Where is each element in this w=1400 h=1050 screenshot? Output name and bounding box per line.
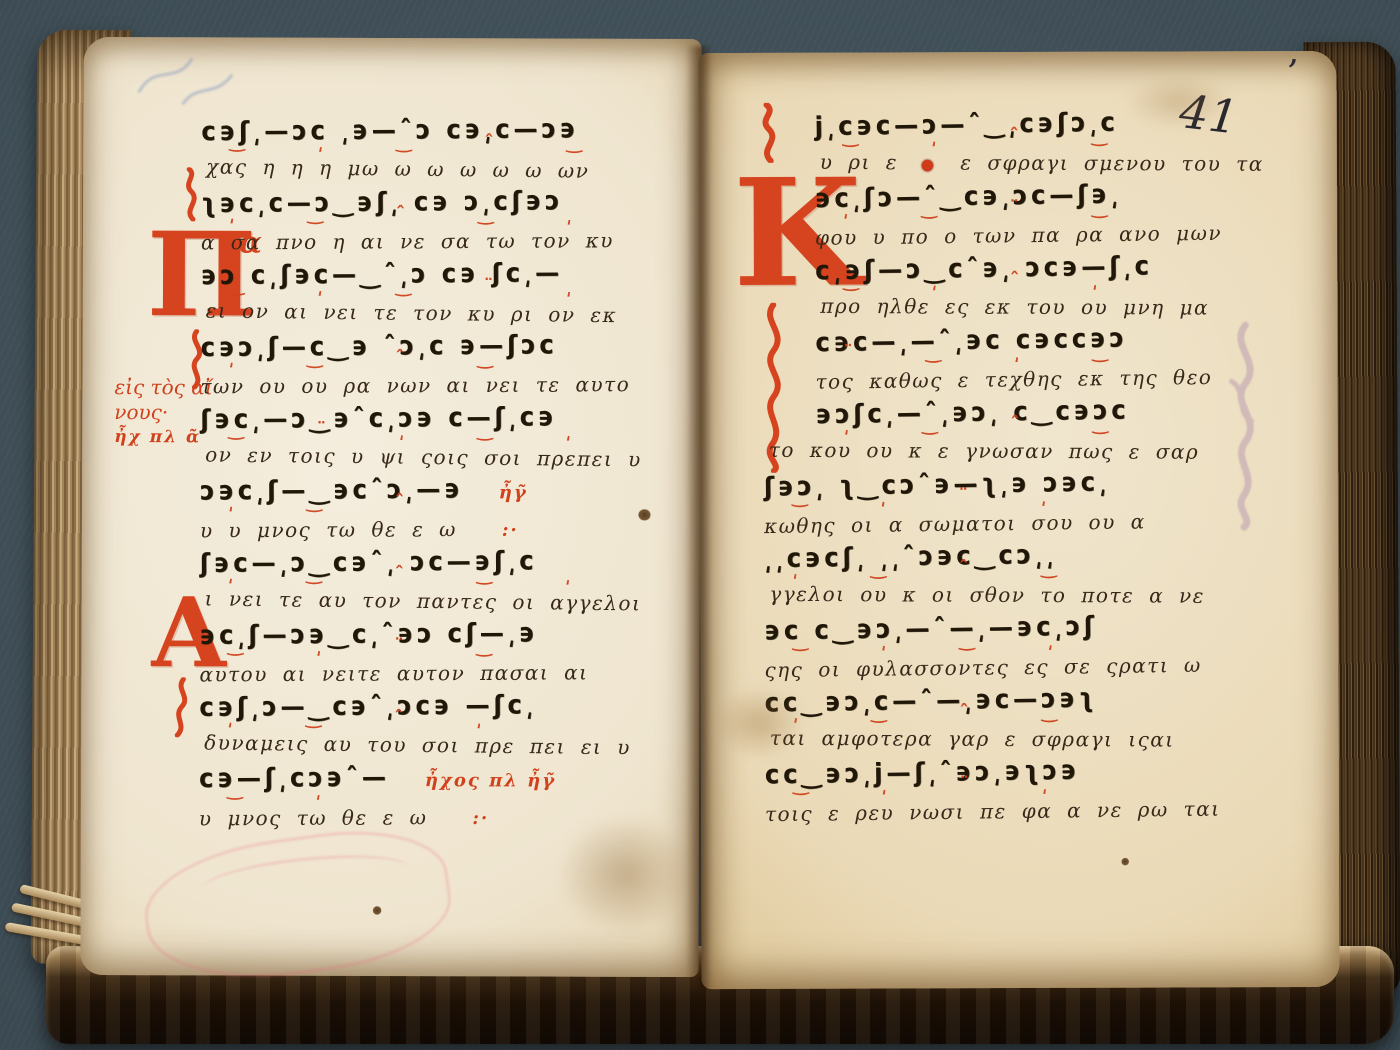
lyric-text: τοις ε ρευ νωσι πε φα α νε ρω ται xyxy=(765,797,1221,827)
chant-line: των ου ου ρα νων αι νει τε αυτο xyxy=(200,372,686,404)
chant-line: ϶ϲ ϲ‿϶ͻ͵—ˆ—͵—϶ϲ͵ͻʃ ‿ ͵ ‿ ͵ xyxy=(764,611,1284,656)
martyria-red: :· xyxy=(502,520,519,541)
lyric-text: ε σφραγι σμενου του τα xyxy=(960,151,1264,176)
chant-line: ι νει τε αυ τον παντες οι αγγελοι xyxy=(205,586,691,621)
chant-line: ϲ϶ϲ—͵—ˆ͵϶ϲ ϲ϶ϲϲ϶ͻ ¨ ‿ ͵ ‿ xyxy=(815,323,1283,368)
lyric-text: ι νει τε αυ τον παντες οι αγγελοι xyxy=(205,586,642,615)
martyria-red: :· xyxy=(472,808,489,829)
lyric-text: υ μνος τω θε ε ω xyxy=(199,805,428,830)
flourish-icon xyxy=(169,677,195,737)
neume-red-marks: ͵ ‿ ˆ ͵ xyxy=(227,706,515,729)
ink-stamp-ghost xyxy=(137,818,459,994)
lyric-text: το κου ου κ ε γνωσαν πως ε σαρ xyxy=(769,438,1199,464)
chant-line: ϶ͻʃϲ͵—ˆ͵϶ͻ͵ ϲ‿ϲ϶ͻϲ ͵ ‿ ˆ ‿ xyxy=(816,395,1284,440)
lyric-text: υ ρι ε xyxy=(820,150,898,174)
chant-line: ον εν τοις υ ψι ςοις σοι πρεπει υ xyxy=(205,442,691,477)
lyric-text: κωθης οι α σωματοι σου ου α xyxy=(764,509,1146,538)
gutter-shadow xyxy=(686,46,712,990)
chant-line: ϶ͻ ϲ͵ʃ϶ϲ—‿ˆ͵ͻ ϲ϶ ʃϲ͵— ‿ ͵ ‿ ¨ ͵ xyxy=(201,257,687,302)
lyric-text: ςης οι φυλασσοντες ες σε ςρατι ω xyxy=(764,653,1202,682)
lyric-text: τος καθως ε τεχθης εκ της θεο xyxy=(815,365,1212,394)
chant-line: ʃ϶ϲ͵—ͻ‿϶ˆϲ͵ͻ϶ ϲ—ʃ͵ϲ϶ ‿ ¨ ͵ ‿ ͵ xyxy=(200,401,686,446)
lyric-text: χας η η η μω ω ω ω ω ω ων xyxy=(206,154,589,182)
chant-line: ϲ϶—ʃ͵ϲͻ϶ˆ— ‿ ͵ ἦχος πλ ἦγ̃ xyxy=(199,761,685,806)
neume-red-marks: ¨ ‿ ͵ ‿ xyxy=(843,341,1141,364)
neume-red-marks: ͵ ‿ ˆ xyxy=(228,490,437,513)
lyric-text: ον εν τοις υ ψι ςοις σοι πρεπει υ xyxy=(205,442,642,471)
chant-line: ͻ϶ϲ͵ʃ—‿϶ϲˆͻ͵—϶ ͵ ‿ ˆ ἦγ̃ xyxy=(200,473,686,518)
lyric-text: δυναμεις αυ του σοι πρε πει ει υ xyxy=(204,730,631,759)
neume-red-marks: ‿ ͵ ‿ ¨ ͵ xyxy=(229,274,605,297)
chant-lines: ϳ͵ϲ϶ϲ—ͻ—ˆ‿͵ϲ϶ʃͻ͵ϲ ‿ ͵ ˆ ‿ υ ρι ε ● ε σφρ… xyxy=(763,107,1286,829)
neume-red-marks: ͵ ‿ ˆ ‿ ͵ xyxy=(229,202,605,225)
lyric-text: ει ον αι νει τε τον κυ ρι ον εκ xyxy=(206,298,618,327)
chant-line: ʅ϶ϲ͵ϲ—ͻ‿϶ʃ͵ ϲ϶ ͻ͵ϲʃ϶ͻ ͵ ‿ ˆ ‿ ͵ xyxy=(201,185,687,230)
neume-red-marks: ‿ ¨ ͵ ‿ ͵ xyxy=(228,418,604,441)
neume-red-marks: ͵ ‿ ˆ ‿ xyxy=(844,413,1142,436)
chant-line: ʃ϶ͻ͵ ʅ‿ϲͻˆ϶—ʅ͵϶ ͻ϶ϲ͵ ‿ ͵ ¨ ͵ xyxy=(764,467,1284,512)
stain xyxy=(1121,858,1129,866)
lyric-text: φου υ πο ο των πα ρα ανο μων xyxy=(815,221,1222,250)
chant-line: ͵͵ϲ϶ϲʃ͵ ͵͵ˆͻ϶ϲ‿ϲͻ͵͵ ͵ ‿ ˆ ‿ xyxy=(764,539,1284,584)
chant-line: ςης οι φυλασσοντες ες σε ςρατι ω xyxy=(764,652,1284,687)
neume-red-marks: ‿ ͵ xyxy=(227,778,354,800)
lyric-text: α σα πνο η αι νε σα τω τον κυ xyxy=(201,228,614,254)
neume-red-marks: ‿ ͵ ¨ ͵ xyxy=(793,773,1081,796)
chant-line: ϲϲ‿϶ͻ͵ϲ—ˆ—͵϶ϲ—ͻ϶ʅ ͵ ‿ ˆ ‿ xyxy=(765,683,1285,728)
chant-line: ϲϲ‿϶ͻ͵ϳ—ʃ͵ˆ϶ͻ͵϶ʅͻ϶ ‿ ͵ ¨ ͵ xyxy=(765,755,1285,800)
chant-line: υ υ μνος τω θε ε ω :· xyxy=(200,516,686,548)
stain xyxy=(638,509,651,521)
neume-red-marks: ͵ ‿ ˆ ‿ xyxy=(792,557,1090,580)
neume-red-marks: ͵ ‿ ¨ ‿ xyxy=(843,197,1141,220)
chant-line: χας η η η μω ω ω ω ω ω ων xyxy=(206,154,692,189)
chant-line: το κου ου κ ε γνωσαν πως ε σαρ xyxy=(769,438,1289,469)
chant-line: ϲ϶ʃ͵—ͻϲ ͵϶—ˆͻ ϲ϶͵ϲ—ͻ϶ ‿ ͵ ‿ ˆ ‿ xyxy=(201,113,687,158)
chant-line: γγελοι ου κ οι σθον το ποτε α νε xyxy=(769,582,1289,613)
blue-ghost-scribble xyxy=(131,45,251,115)
lyric-text: ται αμφοτερα γαρ ε σφραγι ιςαι xyxy=(770,726,1175,752)
lyric-text: γγελοι ου κ οι σθον το ποτε α νε xyxy=(769,582,1205,608)
lyric-text: των ου ου ρα νων αι νει τε αυτο xyxy=(200,372,630,398)
neume-red-marks: ‿ ͵ ¨ ‿ xyxy=(227,634,525,657)
chant-line: τος καθως ε τεχθης εκ της θεο xyxy=(815,364,1283,399)
chant-line: ϶ϲ͵ʃ—ͻ϶‿ϲ͵ˆ϶ͻ ϲʃ—͵϶ ‿ ͵ ¨ ‿ xyxy=(199,617,685,662)
chant-line: δυναμεις αυ του σοι πρε πει ει υ xyxy=(204,730,690,765)
neume-red-marks: ‿ ͵ ¨ ͵ xyxy=(792,485,1080,508)
chant-line: αυτου αι νειτε αυτον πασαι αι xyxy=(199,660,685,692)
chant-line: κωθης οι α σωματοι σου ου α xyxy=(764,508,1284,543)
neume-red-marks: ‿ ͵ ˆ ͵ xyxy=(843,269,1131,292)
chant-line: ϶ϲ͵ʃͻ—ˆ‿ϲ϶͵ͻϲ—ʃ϶͵ ͵ ‿ ¨ ‿ xyxy=(815,179,1283,224)
pen-mark: ’ xyxy=(1282,52,1299,94)
neume-red-marks: ͵ ‿ ˆ ‿ xyxy=(228,346,526,369)
stain xyxy=(709,683,809,763)
chant-line: ʃ϶ϲ—͵ͻ‿ϲ϶ˆ͵ ͻϲ—϶ʃ͵ϲ ͵ ‿ ˆ ‿ ͵ xyxy=(200,545,686,590)
chant-line: προ ηλθε ες εκ του ου μνη μα xyxy=(820,294,1288,325)
chant-line: α σα πνο η αι νε σα τω τον κυ xyxy=(201,228,687,260)
chant-line: ει ον αι νει τε τον κυ ρι ον εκ xyxy=(206,298,692,333)
stain xyxy=(550,809,700,940)
ink-blot: ● xyxy=(921,155,936,173)
showthrough-flourish xyxy=(1221,321,1268,531)
left-page: Π α εἰς τὸς αἴ νους· ἦχ πλ ᾶ Α ϲ϶ʃ͵—ͻϲ ͵… xyxy=(80,37,701,977)
neume-red-marks: ͵ ‿ ˆ ‿ xyxy=(793,701,1091,724)
chant-line: ϲ͵϶ʃ—ͻ‿ϲˆ϶͵ ͻϲ϶—ʃ͵ϲ ‿ ͵ ˆ ͵ xyxy=(815,251,1283,296)
neume-red-marks: ‿ ͵ ‿ ͵ xyxy=(792,629,1086,652)
chant-line: υ ρι ε ● ε σφραγι σμενου του τα xyxy=(820,150,1288,181)
stain xyxy=(1118,71,1238,131)
right-page: ’ 41 Κ ϳ͵ϲ϶ϲ—ͻ—ˆ‿͵ϲ϶ʃͻ͵ϲ ‿ ͵ ˆ ‿ υ xyxy=(698,51,1339,989)
manuscript-book: Π α εἰς τὸς αἴ νους· ἦχ πλ ᾶ Α ϲ϶ʃ͵—ͻϲ ͵… xyxy=(0,0,1400,1050)
martyria-red: ἦγ̃ xyxy=(499,482,528,503)
martyria-red: ἦχος πλ ἦγ̃ xyxy=(425,770,556,791)
chant-line: ϲ϶ʃ͵ͻ—‿ϲ϶ˆ͵ͻϲ϶ —ʃϲ͵ ͵ ‿ ˆ ͵ xyxy=(199,689,685,734)
stain xyxy=(373,906,382,915)
chant-line: ται αμφοτερα γαρ ε σφραγι ιςαι xyxy=(770,726,1290,757)
neume-red-marks: ͵ ‿ ˆ ‿ ͵ xyxy=(228,562,604,585)
chant-line: τοις ε ρευ νωσι πε φα α νε ρω ται xyxy=(765,796,1285,831)
chant-line: ϲ϶ͻ͵ʃ—ϲ‿϶ ˆͻ͵ϲ ϶—ʃͻϲ ͵ ‿ ˆ ‿ xyxy=(200,329,686,374)
lyric-text: αυτου αι νειτε αυτον πασαι αι xyxy=(199,660,588,686)
chant-lines: ϲ϶ʃ͵—ͻϲ ͵϶—ˆͻ ϲ϶͵ϲ—ͻ϶ ‿ ͵ ‿ ˆ ‿ χας η η … xyxy=(199,113,688,835)
chant-line: φου υ πο ο των πα ρα ανο μων xyxy=(815,220,1283,255)
lyric-text: υ υ μνος τω θε ε ω xyxy=(200,517,457,542)
lyric-text: προ ηλθε ες εκ του ου μνη μα xyxy=(820,294,1209,320)
neume-red-marks: ‿ ͵ ˆ ‿ xyxy=(843,125,1141,148)
neume-red-marks: ‿ ͵ ‿ ˆ ‿ xyxy=(229,130,615,153)
